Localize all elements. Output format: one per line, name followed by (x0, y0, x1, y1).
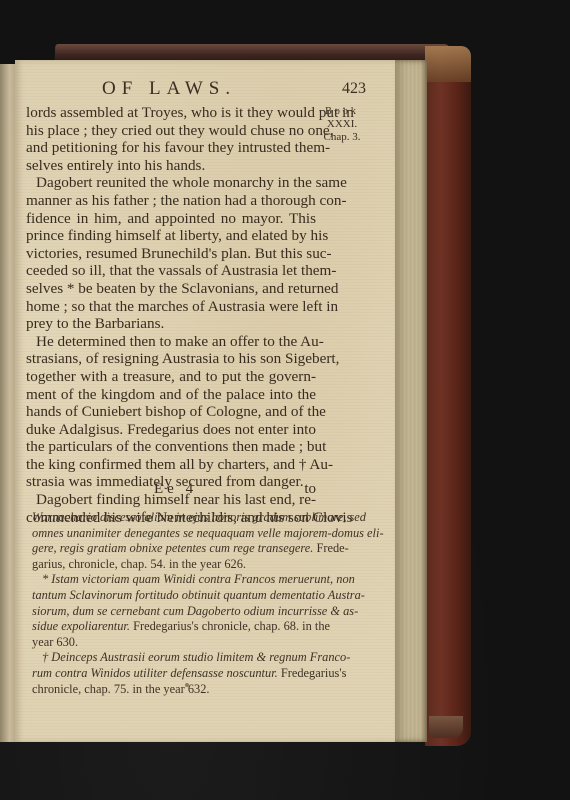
page-number: 423 (342, 80, 366, 98)
footnote-line: sidue expoliarentur. Fredegarius's chron… (32, 619, 318, 635)
body-line: fidence in him, and appointed no mayor. … (26, 210, 316, 228)
footnote-line: omnes unanimiter denegantes se nequaquam… (32, 526, 318, 542)
body-text: lords assembled at Troyes, who is it the… (26, 104, 316, 526)
body-line: Dagobert reunited the whole monarchy in … (26, 174, 316, 192)
body-line: He determined then to make an offer to t… (26, 333, 316, 351)
body-line: his place ; they cried out they would ch… (26, 122, 316, 140)
footnote-italic-part: sidue expoliarentur. (32, 619, 130, 633)
footnote-line: Warnachario discesso alium in ejus honor… (32, 510, 318, 526)
body-line: ceeded so ill, that the vassals of Austr… (26, 262, 316, 280)
body-line: manner as his father ; the nation had a … (26, 192, 316, 210)
footnote-italic-part: rum contra Winidos utiliter defensasse n… (32, 666, 278, 680)
body-line: the king confirmed them all by charters,… (26, 456, 316, 474)
page-fore-edge (394, 60, 427, 742)
body-line: lords assembled at Troyes, who is it the… (26, 104, 316, 122)
footnote-line: gere, regis gratiam obnixe petentes cum … (32, 541, 318, 557)
body-line: hands of Cuniebert bishop of Cologne, an… (26, 403, 316, 421)
body-line: together with a treasure, and to put the… (26, 368, 316, 386)
body-line: prey to the Barbarians. (26, 315, 316, 333)
running-head: OF LAWS. (102, 78, 236, 100)
footnote-roman-part: Fredegarius's (278, 666, 347, 680)
body-line: and petitioning for his favour they intr… (26, 139, 316, 157)
footnote-line: tantum Sclavinorum fortitudo obtinuit qu… (32, 588, 318, 604)
catchword-line: Ee 4 to (26, 481, 316, 499)
footnote-italic-part: gere, regis gratiam obnixe petentes cum … (32, 541, 313, 555)
footnote-line: rum contra Winidos utiliter defensasse n… (32, 666, 318, 682)
signature-mark: Ee 4 (154, 481, 197, 498)
body-line: strasians, of resigning Austrasia to his… (26, 350, 316, 368)
body-line: duke Adalgisus. Fredegarius does not ent… (26, 421, 316, 439)
footnotes: Warnachario discesso alium in ejus honor… (32, 510, 318, 697)
footnote-line: chronicle, chap. 75. in the year 632. (32, 682, 318, 698)
body-line: selves * be beaten by the Sclavonians, a… (26, 280, 316, 298)
footnote-roman-part: Frede- (313, 541, 348, 555)
footnote-line: † Deinceps Austrasii eorum studio limite… (32, 650, 318, 666)
footnote-line: garius, chronicle, chap. 54. in the year… (32, 557, 318, 573)
body-line: victories, resumed Brunechild's plan. Bu… (26, 245, 316, 263)
catchword: to (304, 481, 316, 498)
footnote-line: year 630. (32, 635, 318, 651)
gutter-page-edge (0, 64, 16, 742)
body-line: prince finding himself at liberty, and e… (26, 227, 316, 245)
footnote-roman-part: Fredegarius's chronicle, chap. 68. in th… (130, 619, 330, 633)
body-line: the particulars of the conventions then … (26, 438, 316, 456)
body-line: ment of the kingdom and of the palace in… (26, 386, 316, 404)
body-line: selves entirely into his hands. (26, 157, 316, 175)
paper-speck (185, 683, 189, 687)
footnote-line: * Istam victoriam quam Winidi contra Fra… (32, 572, 318, 588)
book-leather-cover (425, 46, 471, 746)
body-line: home ; so that the marches of Austrasia … (26, 298, 316, 316)
footnote-line: siorum, dum se cernebant cum Dagoberto o… (32, 604, 318, 620)
